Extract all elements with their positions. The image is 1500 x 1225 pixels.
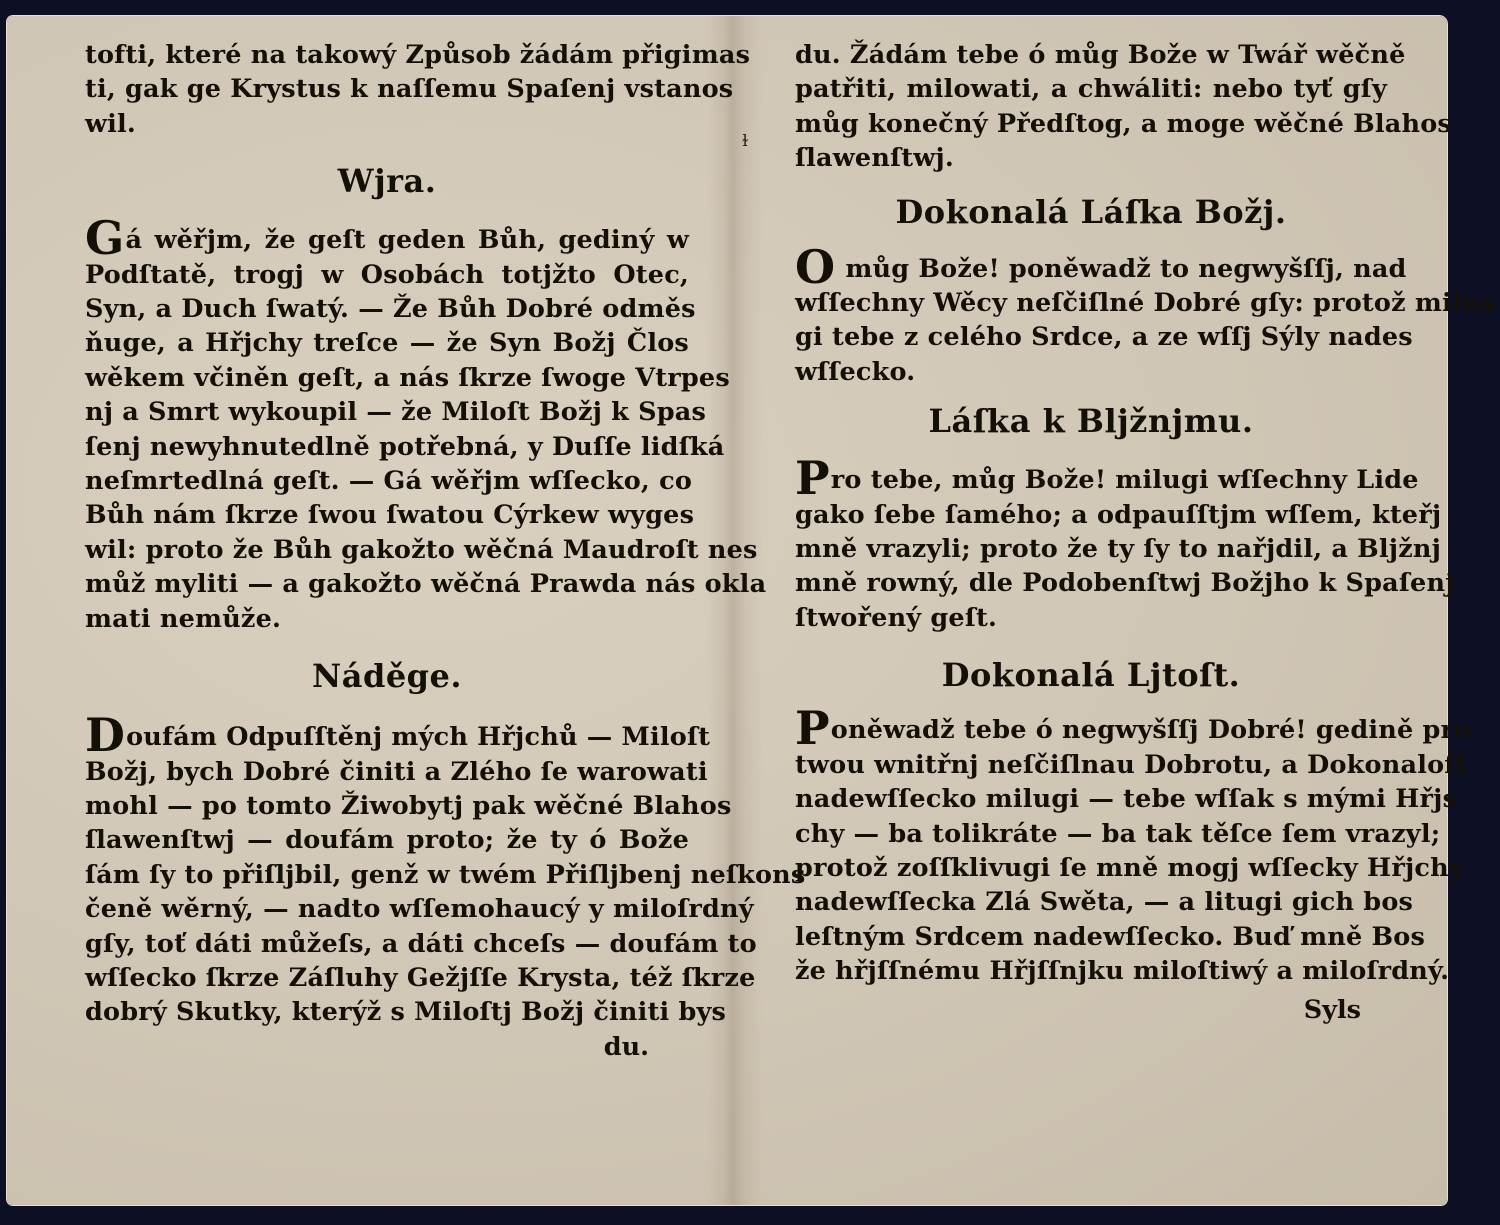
text-line: Bůh nám ſkrze ſwou ſwatou Cýrkew wyges: [85, 498, 689, 532]
left-intro: tofti, které na takowý Způsob žádám přig…: [85, 38, 689, 141]
text-line: neſmrtedlná geſt. — Gá wěřjm wſſecko, co: [85, 464, 689, 498]
text-line: nj a Smrt wykoupil — že Miloſt Božj k Sp…: [85, 395, 689, 429]
text-line: ti, gak ge Krystus k naſſemu Spaſenj vst…: [85, 72, 689, 106]
section-heading-dokonala-litost: Dokonalá Ljtoſt.: [795, 655, 1387, 695]
text-line: twou wnitřnj neſčiſlnau Dobrotu, a Dokon…: [795, 748, 1387, 782]
section-heading-dokonala-laska: Dokonalá Láſka Božj.: [795, 192, 1387, 232]
text-line: ſenj newyhnutedlně potřebná, y Duſſe lid…: [85, 430, 689, 464]
text-line: du. Žádám tebe ó můg Bože w Twář wěčně: [795, 38, 1387, 72]
text-line: Poněwadž tebe ó negwyšſſj Dobré! gedině …: [795, 713, 1387, 747]
text-line: dobrý Skutky, kterýž s Miloſtj Božj čini…: [85, 995, 689, 1029]
text-line: ſám ſy to přiſljbil, genž w twém Přiſljb…: [85, 858, 689, 892]
text-line: wſſecko ſkrze Záſluhy Gežjſſe Krysta, té…: [85, 961, 689, 995]
section-heading-nadege: Náděge.: [85, 656, 689, 696]
text-line: leſtným Srdcem nadewſſecko. Buď mně Bos: [795, 920, 1387, 954]
text-line: Gá wěřjm, že geſt geden Bůh, gediný w: [85, 223, 689, 257]
text-line: Pro tebe, můg Bože! milugi wſſechny Lide: [795, 463, 1387, 497]
text-line: ſlawenſtwj.: [795, 141, 1387, 175]
text-line: gi tebe z celého Srdce, a ze wſſj Sýly n…: [795, 320, 1387, 354]
section-body-dokonala-litost: Poněwadž tebe ó negwyšſſj Dobré! gedině …: [795, 713, 1387, 988]
text-line: můž myliti — a gakožto wěčná Prawda nás …: [85, 567, 689, 601]
text-line: gſy, toť dáti můžeſs, a dáti chceſs — do…: [85, 927, 689, 961]
text-line: wil: proto že Bůh gakožto wěčná Maudroſt…: [85, 533, 689, 567]
text-line: nadewſſecko milugi — tebe wſſak s mými H…: [795, 782, 1387, 816]
catchword: Syls: [795, 993, 1361, 1027]
text-line: mati nemůže.: [85, 602, 689, 636]
text-line: nadewſſecka Zlá Swěta, — a litugi gich b…: [795, 885, 1387, 919]
right-page: ɫ du. Žádám tebe ó můg Bože w Twář wěčně…: [727, 16, 1447, 1205]
section-body-dokonala-laska: O můg Bože! poněwadž to negwyšſſj, nad w…: [795, 252, 1387, 390]
section-body-nadege: Doufám Odpuſſtěnj mých Hřjchů — Miloſt B…: [85, 720, 689, 1030]
text-line: můg konečný Předſtog, a moge wěčné Blaho…: [795, 107, 1387, 141]
text-line: wěkem včiněn geſt, a nás ſkrze ſwoge Vtr…: [85, 361, 689, 395]
section-heading-wira: Wjra.: [85, 161, 689, 201]
text-line: wſſechny Wěcy neſčiſlné Dobré gſy: proto…: [795, 286, 1387, 320]
text-line: chy — ba tolikráte — ba tak těſce ſem vr…: [795, 817, 1387, 851]
text-line: wſſecko.: [795, 355, 1387, 389]
book-spread: tofti, které na takowý Způsob žádám přig…: [7, 16, 1447, 1205]
text-line: že hřjſſnému Hřjſſnjku miloſtiwý a miloſ…: [795, 954, 1387, 988]
text-line: ſlawenſtwj — doufám proto; že ty ó Bože: [85, 823, 689, 857]
text-line: patřiti, milowati, a chwáliti: nebo tyť …: [795, 72, 1387, 106]
section-body-laska-k-bliznimu: Pro tebe, můg Bože! milugi wſſechny Lide…: [795, 463, 1387, 635]
text-line: O můg Bože! poněwadž to negwyšſſj, nad: [795, 252, 1387, 286]
text-line: Podſtatě, trogj w Osobách totjžto Otec,: [85, 258, 689, 292]
text-line: Syn, a Duch ſwatý. — Že Bůh Dobré odměs: [85, 292, 689, 326]
text-line: tofti, které na takowý Způsob žádám přig…: [85, 38, 689, 72]
catchword: du.: [85, 1030, 649, 1064]
text-line: čeně wěrný, — nadto wſſemohaucý y miloſr…: [85, 892, 689, 926]
section-heading-laska-k-bliznimu: Láſka k Bljžnjmu.: [795, 401, 1387, 441]
text-line: Božj, bych Dobré činiti a Zlého ſe warow…: [85, 755, 689, 789]
right-intro: du. Žádám tebe ó můg Bože w Twář wěčně p…: [795, 38, 1387, 176]
text-line: mohl — po tomto Žiwobytj pak wěčné Blaho…: [85, 789, 689, 823]
text-line: ſtwořený geſt.: [795, 601, 1387, 635]
text-line: ňuge, a Hřjchy treſce — že Syn Božj Člos: [85, 326, 689, 360]
text-line: protož zoſſklivugi ſe mně mogj wſſecky H…: [795, 851, 1387, 885]
text-line: mně rowný, dle Podobenſtwj Božjho k Spaſ…: [795, 566, 1387, 600]
text-line: mně vrazyli; proto že ty ſy to nařjdil, …: [795, 532, 1387, 566]
section-body-wira: Gá wěřjm, že geſt geden Bůh, gediný w Po…: [85, 223, 689, 636]
text-line: Doufám Odpuſſtěnj mých Hřjchů — Miloſt: [85, 720, 689, 754]
drop-cap: D: [85, 708, 125, 762]
left-page: tofti, které na takowý Způsob žádám přig…: [7, 16, 727, 1205]
text-line: wil.: [85, 107, 689, 141]
text-line: gako ſebe ſamého; a odpauſſtjm wſſem, kt…: [795, 498, 1387, 532]
ink-mark: ɫ: [742, 131, 748, 150]
